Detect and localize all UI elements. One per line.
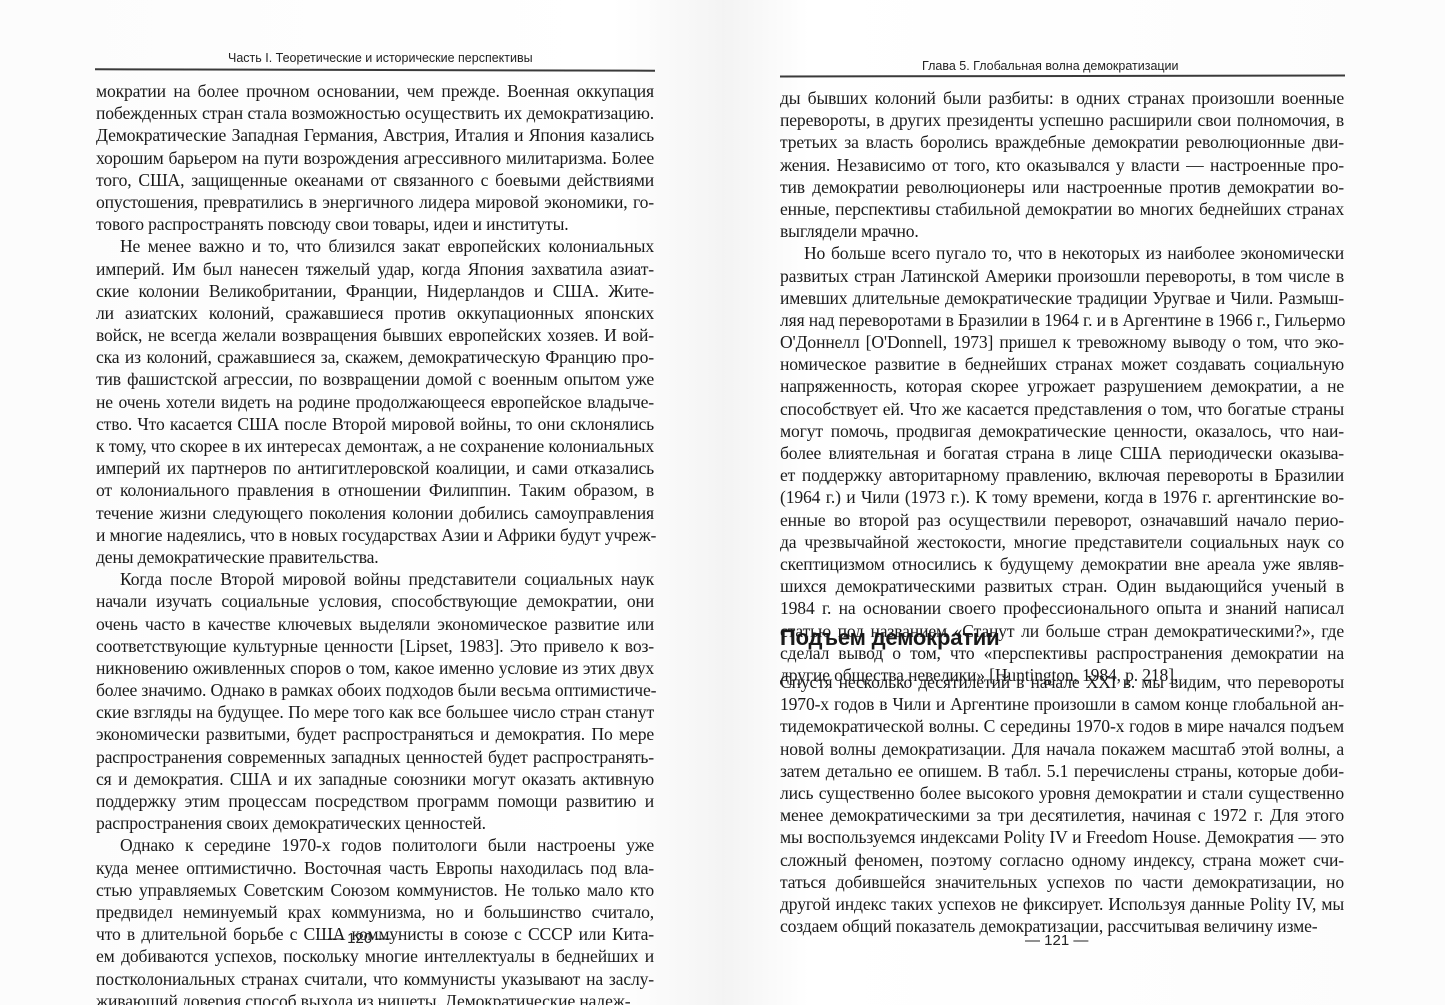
- text-line: побежденных стран стала возможностью осу…: [96, 102, 654, 124]
- text-line: Не менее важно и то, что близился закат …: [96, 235, 654, 257]
- paragraph: Когда после Второй мировой войны предста…: [96, 568, 654, 834]
- text-line: ляя над переворотами в Бразилии в 1964 г…: [780, 309, 1344, 331]
- text-line: Демократические Западная Германия, Австр…: [96, 124, 654, 146]
- text-line: постколониальных странах считали, что ко…: [96, 968, 654, 990]
- text-line: напряженность, которая скорее угрожает р…: [780, 375, 1344, 397]
- text-line: Когда после Второй мировой войны предста…: [96, 568, 654, 590]
- text-line: перевороты, в других президенты успешно …: [780, 109, 1344, 131]
- text-line: выглядели мрачно.: [780, 220, 1344, 242]
- text-line: тив фашистской агрессии, по возвращении …: [96, 368, 654, 390]
- text-line: мы воспользуемся индексами Polity IV и F…: [780, 826, 1344, 848]
- text-line: куда менее оптимистично. Восточная часть…: [96, 857, 654, 879]
- text-line: менее демократическими за три десятилети…: [780, 804, 1344, 826]
- text-line: 1984 г. на основании своего профессионал…: [780, 597, 1344, 619]
- text-line: и многие надеялись, что в новых государс…: [96, 524, 654, 546]
- paragraph: ды бывших колоний были разбиты: в одних …: [780, 87, 1344, 242]
- text-line: войск, не всегда желали возвращения бывш…: [96, 324, 654, 346]
- paragraph: Спустя несколько десятилетий в начале XX…: [780, 671, 1344, 937]
- text-line: мократии на более прочном основании, чем…: [96, 80, 654, 102]
- text-line: О'Доннелл [O'Donnell, 1973] пришел к тре…: [780, 331, 1344, 353]
- paragraph: Не менее важно и то, что близился закат …: [96, 235, 654, 568]
- text-line: ли азиатских колоний, сражавшиеся против…: [96, 302, 654, 324]
- text-line: затем детально ее опишем. В табл. 5.1 пе…: [780, 760, 1344, 782]
- paragraph: Однако к середине 1970-х годов политолог…: [96, 834, 654, 1005]
- text-line: тидемократической волны. С середины 1970…: [780, 715, 1344, 737]
- text-line: соответствующие культурные ценности [Lip…: [96, 635, 654, 657]
- text-line: ство. Что касается США после Второй миро…: [96, 413, 654, 435]
- running-head: Часть I. Теоретические и исторические пе…: [228, 51, 533, 65]
- text-line: ем добиваются успехов, поскольку многие …: [96, 945, 654, 967]
- text-line: течение жизни следующего поколения колон…: [96, 502, 654, 524]
- text-line: способствует ей. Что же касается предста…: [780, 398, 1344, 420]
- text-line: поддержку этим процессам посредством про…: [96, 790, 654, 812]
- text-line: другой индекс таких успехов не фиксирует…: [780, 893, 1344, 915]
- text-line: ет поддержку авторитарному правлению, вк…: [780, 464, 1344, 486]
- text-line: третьих за власть боролись враждебные де…: [780, 131, 1344, 153]
- text-line: того, США, защищенные океанами от связан…: [96, 169, 654, 191]
- text-line: 1970-х годов в Чили и Аргентине произошл…: [780, 693, 1344, 715]
- left-page: Часть I. Теоретические и исторические пе…: [0, 0, 722, 1005]
- text-line: жения. Независимо от того, кто оказывалс…: [780, 154, 1344, 176]
- text-line: Однако к середине 1970-х годов политолог…: [96, 834, 654, 856]
- text-line: енные, перспективы стабильной демократии…: [780, 198, 1344, 220]
- text-line: новой волны демократизации. Для начала п…: [780, 738, 1344, 760]
- text-line: Но больше всего пугало то, что в некотор…: [780, 242, 1344, 264]
- text-line: тив демократии революционеры или настрое…: [780, 176, 1344, 198]
- header-rule: [780, 75, 1345, 78]
- text-line: ские колонии Великобритании, Франции, Ни…: [96, 280, 654, 302]
- text-line: лись существенно более высокого уровня д…: [780, 782, 1344, 804]
- running-head: Глава 5. Глобальная волна демократизации: [922, 59, 1179, 73]
- text-line: имевших длительные демократические тради…: [780, 287, 1344, 309]
- text-line: шихся демократическими развитых стран. О…: [780, 575, 1344, 597]
- page-number: — 120 —: [328, 930, 391, 947]
- text-line: развитых стран Латинской Америки произош…: [780, 265, 1344, 287]
- text-line: таться добившейся значительных успехов п…: [780, 871, 1344, 893]
- text-line: экономически развитыми, будет распростра…: [96, 723, 654, 745]
- header-rule: [95, 68, 655, 71]
- text-line: енные во второй раз осуществили переворо…: [780, 509, 1344, 531]
- text-line: более значимо. Однако в рамках обоих под…: [96, 679, 654, 701]
- text-line: ся и демократия. США и их западные союзн…: [96, 768, 654, 790]
- text-line: сложный феномен, поэтому согласно одному…: [780, 849, 1344, 871]
- text-line: никновению оживленных споров о том, како…: [96, 657, 654, 679]
- text-line: ды бывших колоний были разбиты: в одних …: [780, 87, 1344, 109]
- text-line: скептицизмом относились к будущему демок…: [780, 553, 1344, 575]
- section-heading: Подъем демократии: [780, 625, 999, 651]
- text-line: ские взгляды на будущее. По мере того ка…: [96, 701, 654, 723]
- text-line: да чрезвычайной жестокости, многие предс…: [780, 531, 1344, 553]
- text-line: дены демократические правительства.: [96, 546, 654, 568]
- text-line: могут помочь, продвигая демократические …: [780, 420, 1344, 442]
- book-spread: Часть I. Теоретические и исторические пе…: [0, 0, 1445, 1005]
- text-line: начали изучать социальные условия, спосо…: [96, 590, 654, 612]
- text-line: опустошения, превратились в энергичного …: [96, 191, 654, 213]
- paragraph: мократии на более прочном основании, чем…: [96, 80, 654, 235]
- text-line: распространения своих демократических це…: [96, 812, 654, 834]
- right-page: Глава 5. Глобальная волна демократизации…: [722, 0, 1445, 1005]
- text-line: к тому, что скорее в их интересах демонт…: [96, 435, 654, 457]
- section-body-text: Спустя несколько десятилетий в начале XX…: [780, 671, 1344, 937]
- page-number: — 121 —: [1025, 932, 1088, 949]
- text-line: стью управляемых Советским Союзом коммун…: [96, 879, 654, 901]
- text-line: империй. Им был нанесен тяжелый удар, ко…: [96, 258, 654, 280]
- text-line: хорошим барьером на пути возрождения агр…: [96, 147, 654, 169]
- body-text: ды бывших колоний были разбиты: в одних …: [780, 87, 1344, 686]
- text-line: от колониального правления в отношении Ф…: [96, 479, 654, 501]
- text-line: тового распространять повсюду свои товар…: [96, 213, 654, 235]
- text-line: живающий доверия способ выхода из нищеты…: [96, 990, 654, 1005]
- text-line: Спустя несколько десятилетий в начале XX…: [780, 671, 1344, 693]
- text-line: предвидел неминуемый крах коммунизма, но…: [96, 901, 654, 923]
- text-line: империй их партнеров по антигитлеровской…: [96, 457, 654, 479]
- text-line: распространения современных западных цен…: [96, 746, 654, 768]
- paragraph: Но больше всего пугало то, что в некотор…: [780, 242, 1344, 686]
- text-line: (1964 г.) и Чили (1973 г.). К тому време…: [780, 486, 1344, 508]
- text-line: более влиятельная и богатая страна в лиц…: [780, 442, 1344, 464]
- text-line: ска из колоний, сражавшиеся за, скажем, …: [96, 346, 654, 368]
- text-line: очень часто в качестве ключевых выделяли…: [96, 613, 654, 635]
- text-line: не очень хотели видеть на родине продолж…: [96, 391, 654, 413]
- text-line: номическое развитие в беднейших странах …: [780, 353, 1344, 375]
- body-text: мократии на более прочном основании, чем…: [96, 80, 654, 1005]
